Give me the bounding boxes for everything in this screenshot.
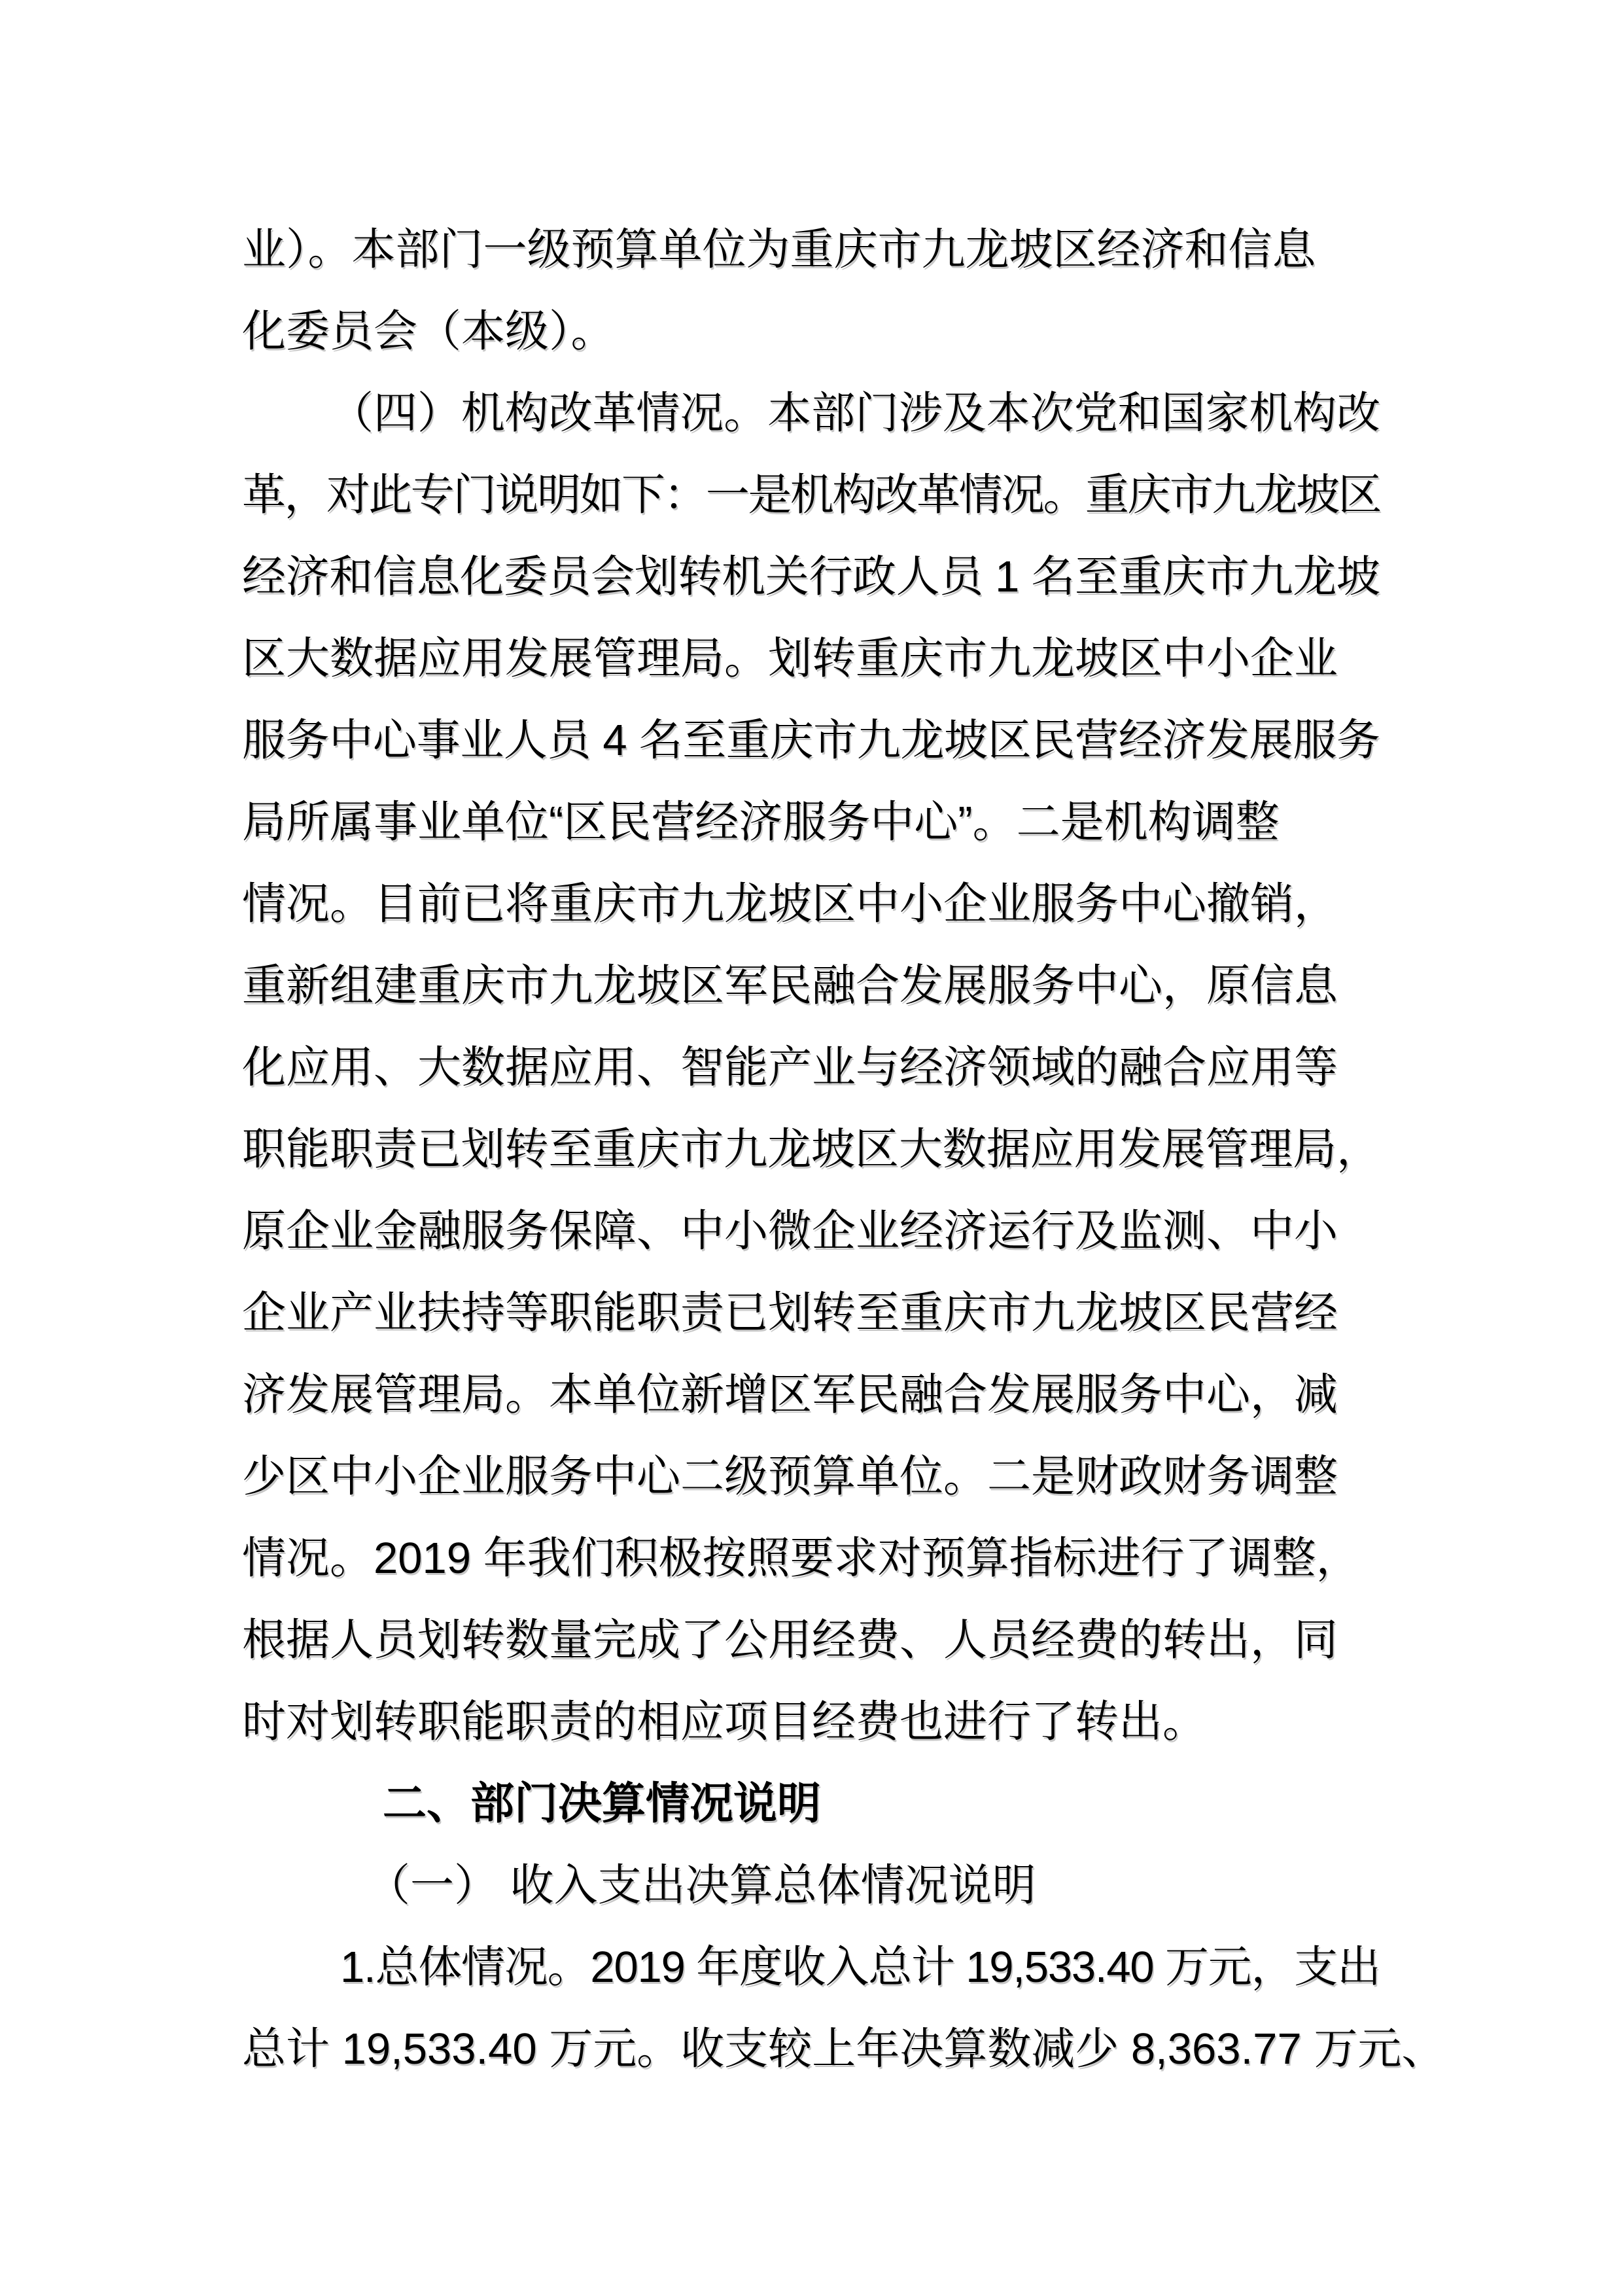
paragraph-line: 企业产业扶持等职能职责已划转至重庆市九龙坡区民营经	[242, 1272, 1380, 1354]
section-heading-line: 二、部门决算情况说明	[242, 1763, 1380, 1845]
paragraph-line: 根据人员划转数量完成了公用经费、人员经费的转出，同	[242, 1599, 1380, 1681]
subsection-heading-line: （一） 收入支出决算总体情况说明	[242, 1845, 1380, 1926]
paragraph-line: 服务中心事业人员 4 名至重庆市九龙坡区民营经济发展服务	[242, 699, 1380, 781]
paragraph-line: 少区中小企业服务中心二级预算单位。二是财政财务调整	[242, 1436, 1380, 1517]
paragraph-line: 时对划转职能职责的相应项目经费也进行了转出。	[242, 1681, 1380, 1763]
paragraph-line: 情况。2019 年我们积极按照要求对预算指标进行了调整，	[242, 1517, 1380, 1599]
paragraph-line: （四）机构改革情况。本部门涉及本次党和国家机构改	[242, 372, 1380, 454]
paragraph-line: 革，对此专门说明如下：一是机构改革情况。重庆市九龙坡区	[242, 454, 1380, 536]
paragraph-line: 情况。目前已将重庆市九龙坡区中小企业服务中心撤销，	[242, 863, 1380, 945]
paragraph-line: 经济和信息化委员会划转机关行政人员 1 名至重庆市九龙坡	[242, 536, 1380, 618]
paragraph-line: 济发展管理局。本单位新增区军民融合发展服务中心，减	[242, 1354, 1380, 1436]
paragraph-line: 区大数据应用发展管理局。划转重庆市九龙坡区中小企业	[242, 618, 1380, 699]
paragraph-line: 1.总体情况。2019 年度收入总计 19,533.40 万元，支出	[242, 1926, 1380, 2008]
paragraph-line: 局所属事业单位“区民营经济服务中心”。二是机构调整	[242, 781, 1380, 863]
paragraph-line: 原企业金融服务保障、中小微企业经济运行及监测、中小	[242, 1190, 1380, 1272]
page: 业）。本部门一级预算单位为重庆市九龙坡区经济和信息 化委员会（本级）。 （四）机…	[0, 0, 1623, 2296]
paragraph-line: 职能职责已划转至重庆市九龙坡区大数据应用发展管理局，	[242, 1108, 1380, 1190]
paragraph-line: 重新组建重庆市九龙坡区军民融合发展服务中心，原信息	[242, 945, 1380, 1027]
paragraph-line: 总计 19,533.40 万元。收支较上年决算数减少 8,363.77 万元、	[242, 2008, 1380, 2090]
document-body: 业）。本部门一级预算单位为重庆市九龙坡区经济和信息 化委员会（本级）。 （四）机…	[242, 209, 1380, 2090]
paragraph-line: 业）。本部门一级预算单位为重庆市九龙坡区经济和信息	[242, 209, 1380, 291]
paragraph-line: 化应用、大数据应用、智能产业与经济领域的融合应用等	[242, 1027, 1380, 1108]
paragraph-line: 化委员会（本级）。	[242, 291, 1380, 372]
